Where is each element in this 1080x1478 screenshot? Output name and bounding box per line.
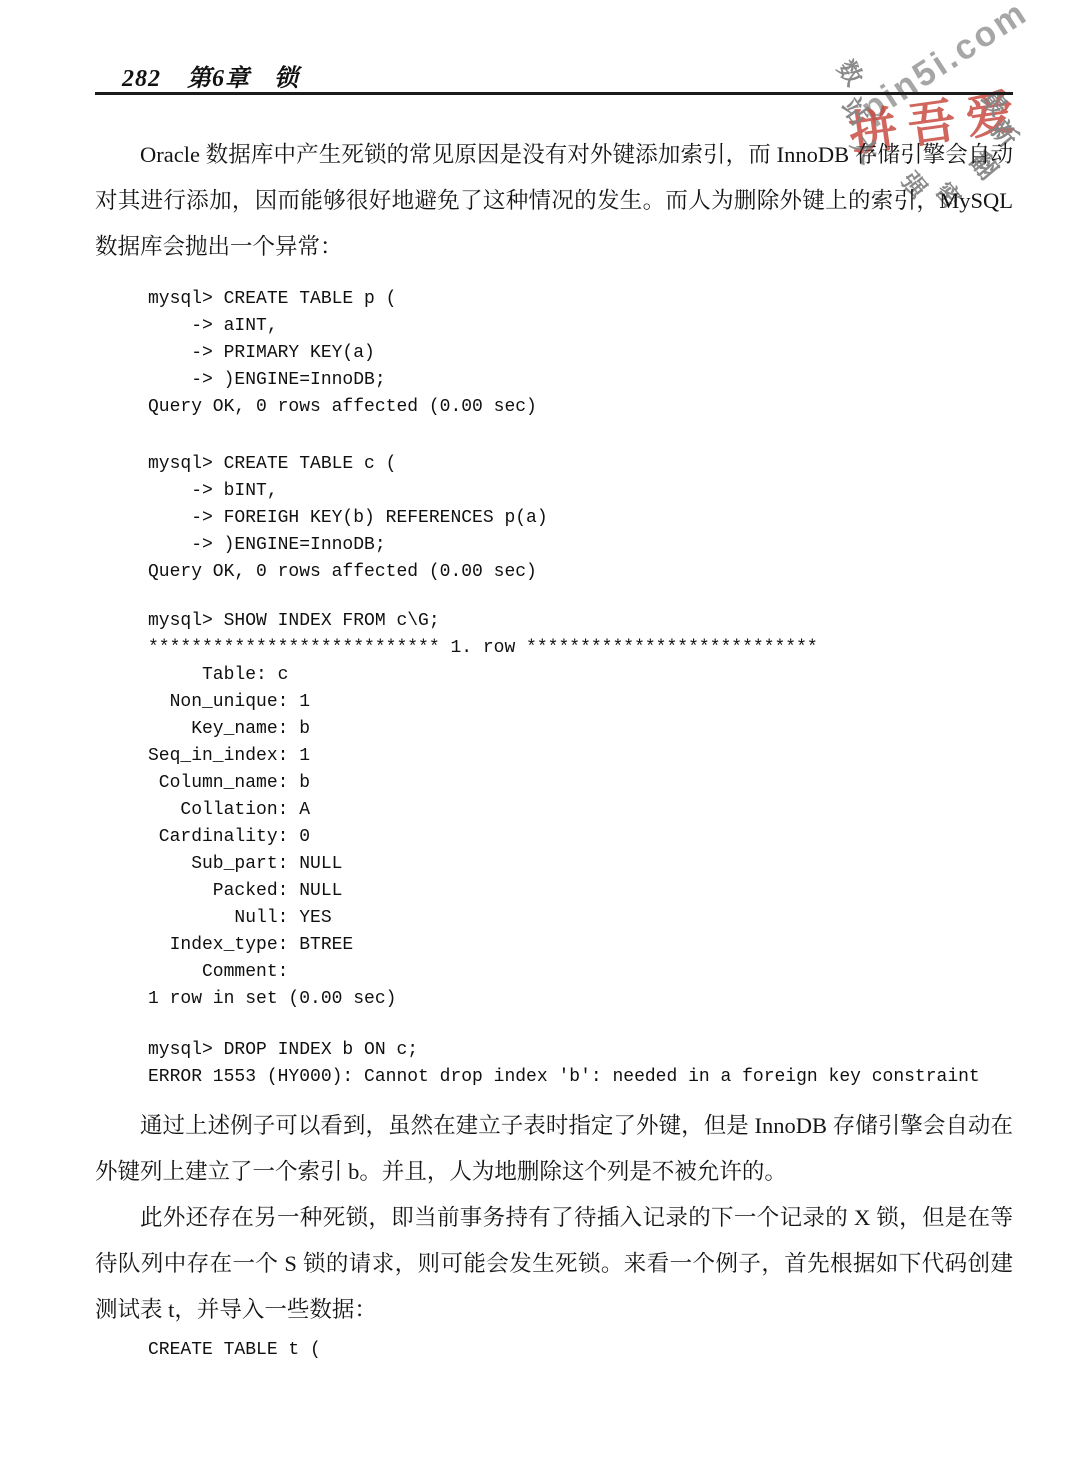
code-block-create-table-p: mysql> CREATE TABLE p ( -> aINT, -> PRIM… — [148, 286, 1013, 421]
code-line: -> PRIMARY KEY(a) — [148, 340, 1013, 367]
page-content: Oracle 数据库中产生死锁的常见原因是没有对外键添加索引，而 InnoDB … — [95, 132, 1013, 1364]
code-line: Cardinality: 0 — [148, 824, 1013, 851]
code-line: Comment: — [148, 959, 1013, 986]
code-line: Non_unique: 1 — [148, 689, 1013, 716]
page-number: 282 — [122, 66, 161, 92]
page-header: 282第6章锁 — [122, 58, 299, 93]
code-line: Table: c — [148, 662, 1013, 689]
code-line: mysql> SHOW INDEX FROM c\G; — [148, 608, 1013, 635]
code-line: *************************** 1. row *****… — [148, 635, 1013, 662]
code-line: -> FOREIGH KEY(b) REFERENCES p(a) — [148, 505, 1013, 532]
code-line: Seq_in_index: 1 — [148, 743, 1013, 770]
code-line: Query OK, 0 rows affected (0.00 sec) — [148, 394, 1013, 421]
code-block-show-index: mysql> SHOW INDEX FROM c\G; ************… — [148, 608, 1013, 1013]
code-line: ERROR 1553 (HY000): Cannot drop index 'b… — [148, 1064, 1013, 1091]
paragraph-example-result: 通过上述例子可以看到，虽然在建立子表时指定了外键，但是 InnoDB 存储引擎会… — [95, 1103, 1013, 1195]
code-line: mysql> CREATE TABLE c ( — [148, 451, 1013, 478]
book-page: pin5i.com 拼吾爱 数 站 大 最 新 翻 强 密 282第6章锁 Or… — [0, 0, 1080, 1478]
code-line: Query OK, 0 rows affected (0.00 sec) — [148, 559, 1013, 586]
header-rule — [95, 92, 1013, 95]
code-line: mysql> CREATE TABLE p ( — [148, 286, 1013, 313]
code-block-create-table-t: CREATE TABLE t ( — [148, 1337, 1013, 1364]
code-line: -> aINT, — [148, 313, 1013, 340]
paragraph-other-deadlock: 此外还存在另一种死锁，即当前事务持有了待插入记录的下一个记录的 X 锁，但是在等… — [95, 1195, 1013, 1333]
code-line: Sub_part: NULL — [148, 851, 1013, 878]
code-line: -> )ENGINE=InnoDB; — [148, 367, 1013, 394]
code-line: mysql> DROP INDEX b ON c; — [148, 1037, 1013, 1064]
code-block-create-table-c: mysql> CREATE TABLE c ( -> bINT, -> FORE… — [148, 451, 1013, 586]
paragraph-intro: Oracle 数据库中产生死锁的常见原因是没有对外键添加索引，而 InnoDB … — [95, 132, 1013, 270]
code-line: 1 row in set (0.00 sec) — [148, 986, 1013, 1013]
chapter-number: 第6章 — [187, 66, 250, 92]
code-line: Index_type: BTREE — [148, 932, 1013, 959]
code-line: Null: YES — [148, 905, 1013, 932]
code-line: Key_name: b — [148, 716, 1013, 743]
watermark-char: 数 — [831, 52, 873, 92]
code-line: CREATE TABLE t ( — [148, 1337, 1013, 1364]
chapter-title: 锁 — [274, 66, 299, 92]
code-line: -> )ENGINE=InnoDB; — [148, 532, 1013, 559]
code-line: Collation: A — [148, 797, 1013, 824]
code-line: Packed: NULL — [148, 878, 1013, 905]
code-line: Column_name: b — [148, 770, 1013, 797]
code-line: -> bINT, — [148, 478, 1013, 505]
code-block-drop-index: mysql> DROP INDEX b ON c; ERROR 1553 (HY… — [148, 1037, 1013, 1091]
